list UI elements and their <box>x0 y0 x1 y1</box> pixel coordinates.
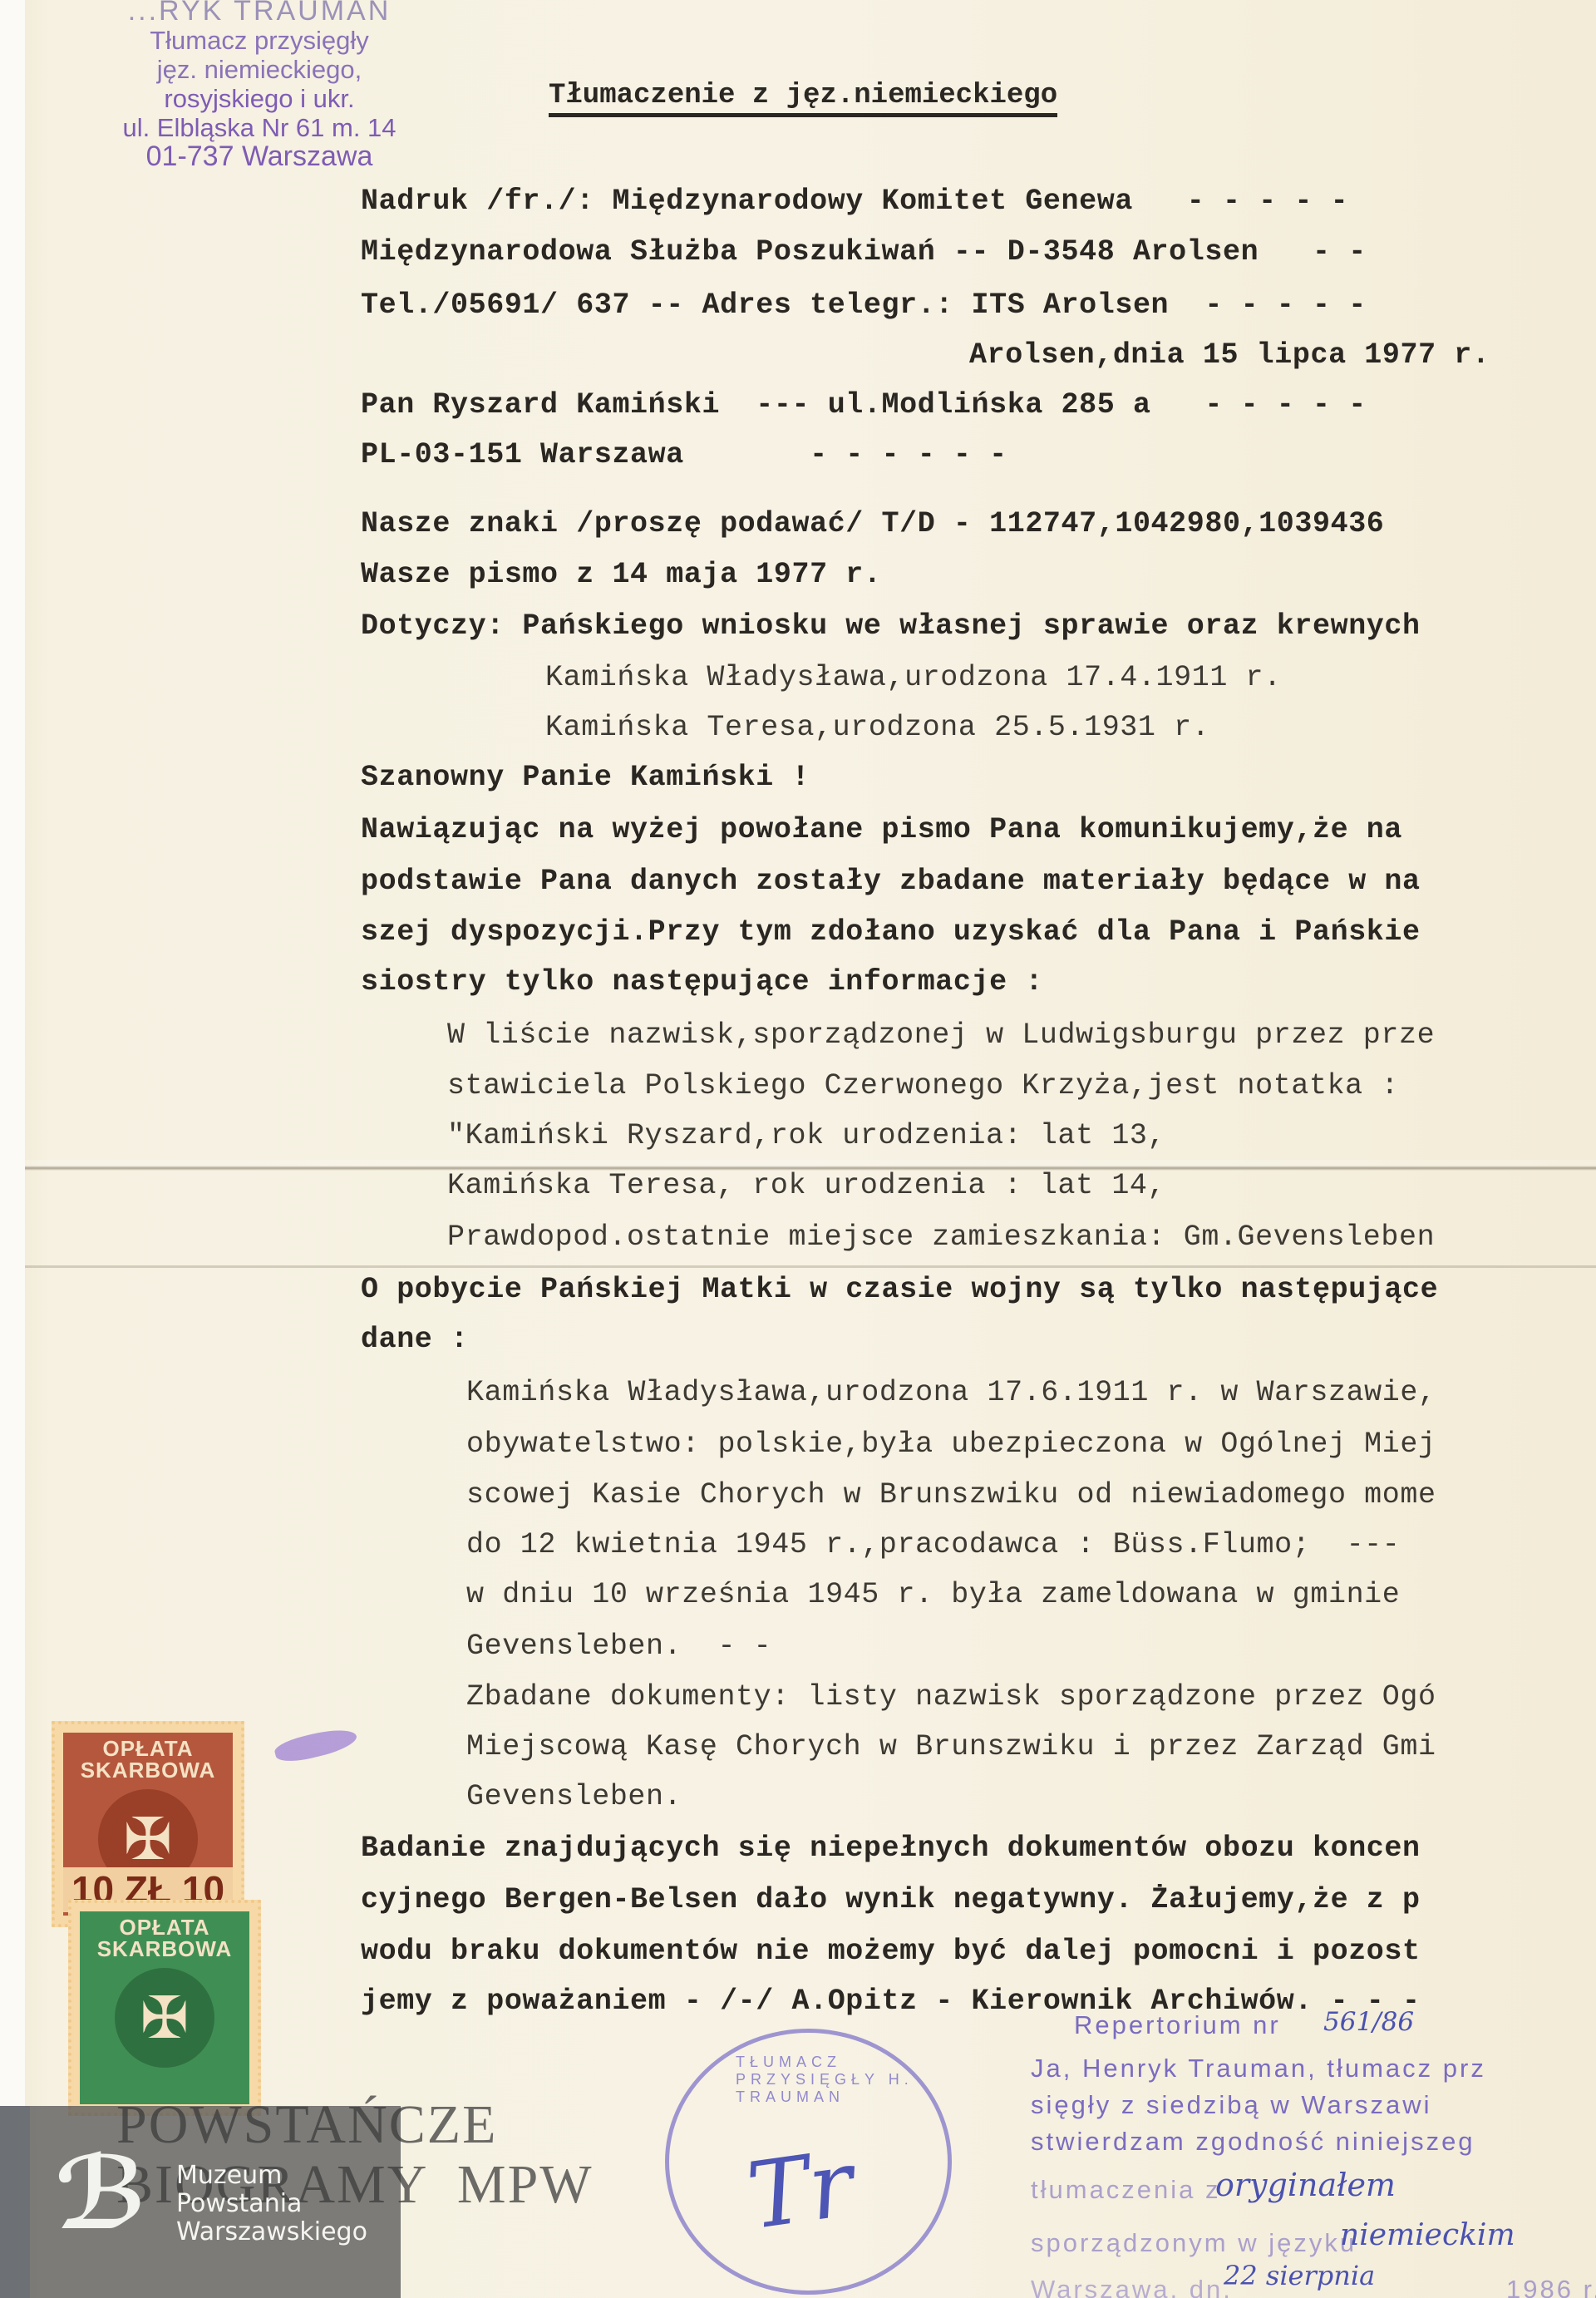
reference-line: Dotyczy: Pańskiego wniosku we własnej sp… <box>361 609 1421 643</box>
note-line: W liście nazwisk,sporządzonej w Ludwigsb… <box>447 1018 1435 1052</box>
note-line: Prawdopod.ostatnie miejsce zamieszkania:… <box>447 1221 1435 1254</box>
stamp-line: ul. Elbląska Nr 61 m. 14 <box>76 113 442 142</box>
letterhead-line: Tel./05691/ 637 -- Adres telegr.: ITS Ar… <box>361 288 1367 322</box>
note-line: Kamińska Teresa, rok urodzenia : lat 14, <box>447 1169 1165 1202</box>
mother-info-line: Gevensleben. - - <box>466 1630 771 1663</box>
museum-name: Muzeum Powstania Warszawskiego <box>176 2162 367 2246</box>
watermark-stamp-line: POWSTAŃCZE <box>116 2094 497 2155</box>
museum-name-line: Warszawskiego <box>176 2218 367 2246</box>
paragraph-line: dane : <box>361 1323 469 1356</box>
museum-logo-icon: ℬ <box>55 2145 147 2245</box>
relative-line: Kamińska Teresa,urodzona 25.5.1931 r. <box>545 711 1209 744</box>
fee-stamp-label: OPŁATA <box>80 1911 249 1938</box>
translator-stamp: ...RYK TRAUMAN Tłumacz przysięgły jęz. n… <box>76 0 442 171</box>
document-title: Tłumaczenie z jęz.niemieckiego <box>549 80 1057 117</box>
closing-line: wodu braku dokumentów nie możemy być dal… <box>361 1935 1421 1968</box>
paragraph-line: siostry tylko następujące informacje : <box>361 965 1043 999</box>
mother-info-line: Kamińska Władysława,urodzona 17.6.1911 r… <box>466 1376 1436 1409</box>
reference-line: Nasze znaki /proszę podawać/ T/D - 11274… <box>361 507 1384 540</box>
stamp-line: Tłumacz przysięgły <box>76 26 442 55</box>
certification-line: sięgły z siedzibą w Warszawi <box>1031 2090 1432 2120</box>
paragraph-line: podstawie Pana danych zostały zbadane ma… <box>361 865 1421 898</box>
certification-line: Ja, Henryk Trauman, tłumacz prz <box>1031 2054 1486 2083</box>
date-line: Arolsen,dnia 15 lipca 1977 r. <box>969 338 1490 372</box>
mother-info-line: do 12 kwietnia 1945 r.,pracodawca : Büss… <box>466 1528 1400 1561</box>
paper-edge <box>0 0 25 2298</box>
museum-name-line: Powstania <box>176 2190 367 2218</box>
letterhead-line: Międzynarodowa Służba Poszukiwań -- D-35… <box>361 235 1367 269</box>
fee-stamp-label: OPŁATA <box>63 1733 233 1759</box>
language-value: niemieckim <box>1340 2218 1515 2252</box>
fee-stamp-label: SKARBOWA <box>80 1938 249 1960</box>
paragraph-line: O pobycie Pańskiej Matki w czasie wojny … <box>361 1273 1438 1306</box>
translation-label: tłumaczenia z <box>1031 2175 1221 2205</box>
fee-stamp-red: OPŁATA SKARBOWA ✠ 10 ZŁ 10 <box>52 1721 244 1927</box>
fee-stamp-green: OPŁATA SKARBOWA ✠ <box>68 1900 261 2116</box>
documents-line: Miejscową Kasę Chorych w Brunszwiku i pr… <box>466 1730 1436 1763</box>
relative-line: Kamińska Władysława,urodzona 17.4.1911 r… <box>545 661 1282 694</box>
closing-line: Badanie znajdujących się niepełnych doku… <box>361 1832 1421 1865</box>
repertorium-label: Repertorium nr <box>1074 2010 1281 2040</box>
documents-line: Zbadane dokumenty: listy nazwisk sporząd… <box>466 1680 1436 1714</box>
repertorium-number: 561/86 <box>1323 2007 1414 2037</box>
stamp-header: ...RYK TRAUMAN <box>76 0 442 26</box>
stamp-line: 01-737 Warszawa <box>76 142 442 171</box>
salutation: Szanowny Panie Kamiński ! <box>361 761 810 794</box>
recipient-line: Pan Ryszard Kamiński --- ul.Modlińska 28… <box>361 388 1367 422</box>
letterhead-line: Nadruk /fr./: Międzynarodowy Komitet Gen… <box>361 185 1348 218</box>
recipient-line: PL-03-151 Warszawa - - - - - - <box>361 438 1007 471</box>
reference-line: Wasze pismo z 14 maja 1977 r. <box>361 558 882 591</box>
museum-name-line: Muzeum <box>176 2162 367 2190</box>
fee-stamp-label: SKARBOWA <box>63 1759 233 1781</box>
year: 1986 r. <box>1506 2275 1596 2298</box>
mother-info-line: obywatelstwo: polskie,była ubezpieczona … <box>466 1428 1436 1461</box>
note-line: stawiciela Polskiego Czerwonego Krzyża,j… <box>447 1069 1399 1102</box>
eagle-emblem-icon: ✠ <box>115 1968 214 2068</box>
closing-line: cyjnego Bergen-Belsen dało wynik negatyw… <box>361 1883 1421 1916</box>
date-label: Warszawa, dn. <box>1031 2275 1233 2298</box>
language-label: sporządzonym w języku <box>1031 2228 1357 2258</box>
stamp-line: jęz. niemieckiego, <box>76 55 442 84</box>
translation-value: oryginałem <box>1215 2167 1396 2203</box>
paper-crease-line <box>25 1265 1596 1268</box>
paragraph-line: Nawiązując na wyżej powołane pismo Pana … <box>361 813 1402 846</box>
documents-line: Gevensleben. <box>466 1780 682 1813</box>
mother-info-line: w dniu 10 września 1945 r. była zameldow… <box>466 1578 1400 1611</box>
stamp-line: rosyjskiego i ukr. <box>76 84 442 113</box>
date-value: 22 sierpnia <box>1224 2260 1375 2291</box>
mother-info-line: scowej Kasie Chorych w Brunszwiku od nie… <box>466 1478 1436 1511</box>
note-line: "Kamiński Ryszard,rok urodzenia: lat 13, <box>447 1119 1165 1152</box>
certification-line: stwierdzam zgodność niniejszeg <box>1031 2127 1475 2157</box>
signature: Tr <box>741 2130 860 2250</box>
paragraph-line: szej dyspozycji.Przy tym zdołano uzyskać… <box>361 915 1421 949</box>
watermark-strip <box>0 2106 30 2298</box>
seal-text: TŁUMACZ PRZYSIĘGŁY H. TRAUMAN <box>736 2054 935 2106</box>
